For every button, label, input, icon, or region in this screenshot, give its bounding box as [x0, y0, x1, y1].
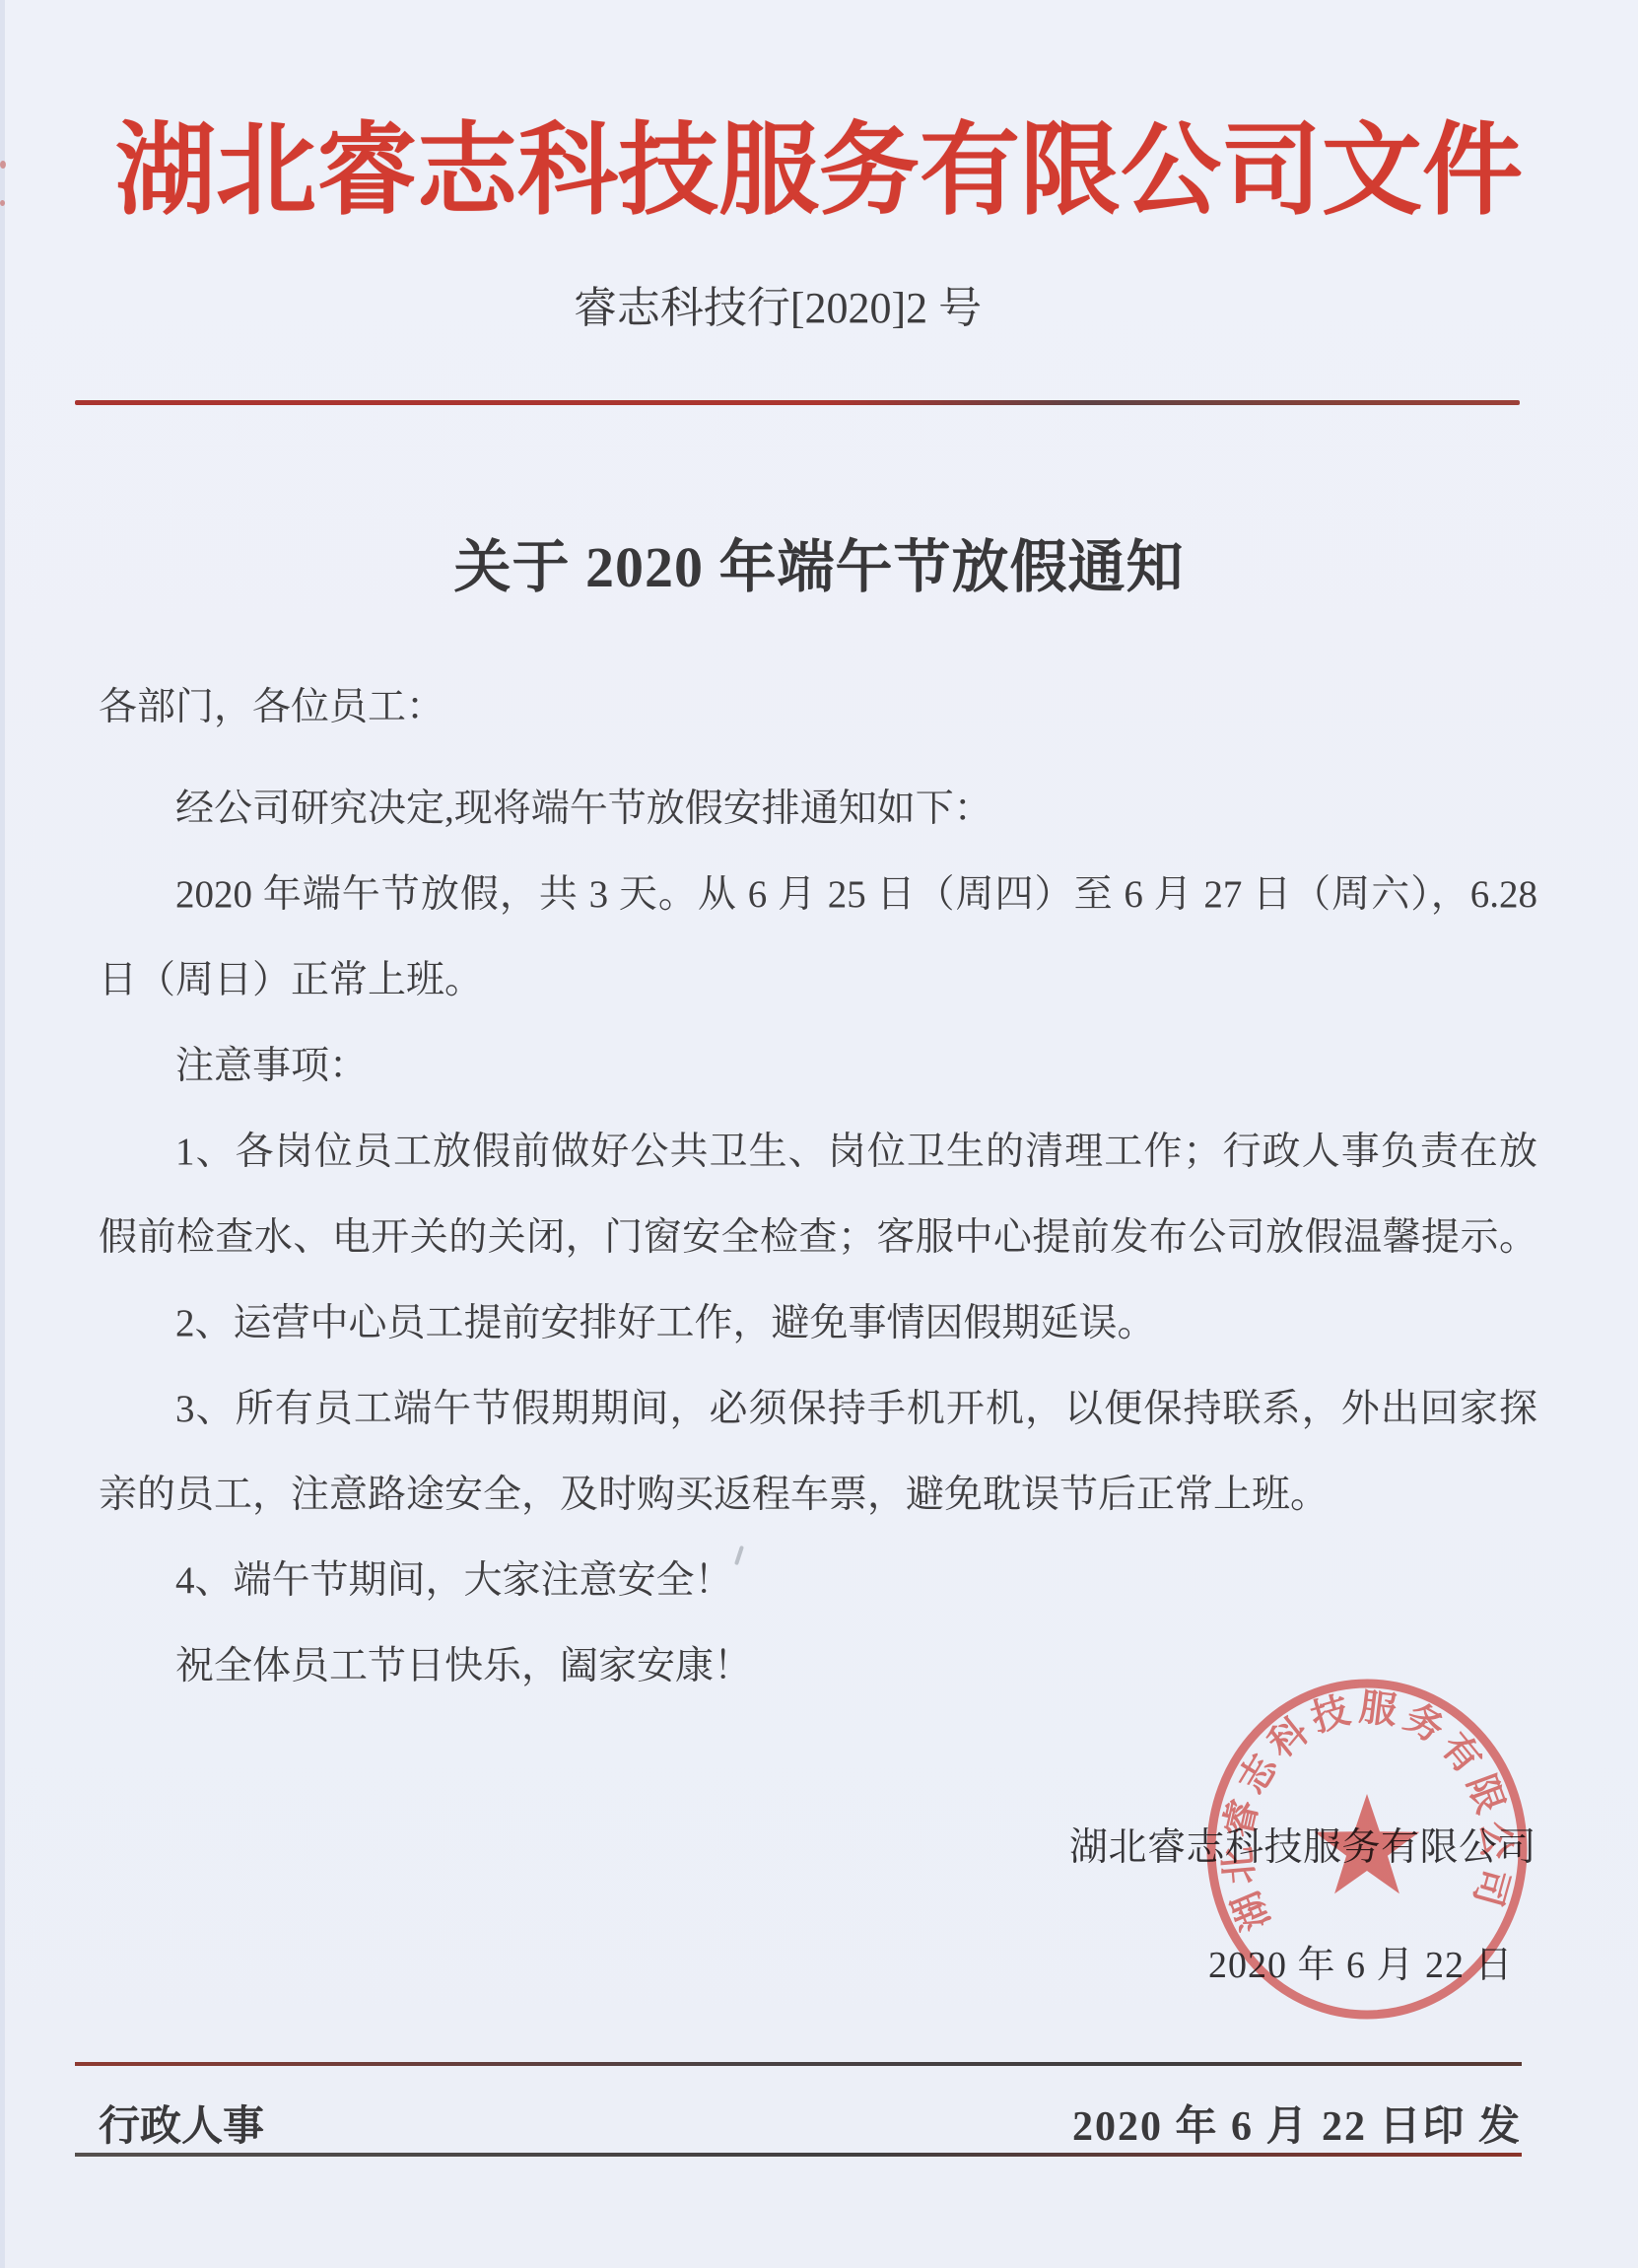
notice-title: 关于 2020 年端午节放假通知: [0, 520, 1638, 603]
body-line: 2020 年端午节放假，共 3 天。从 6 月 25 日（周四）至 6 月 27…: [99, 852, 1537, 937]
body-line-item-3: 3、所有员工端午节假期期间，必须保持手机开机，以便保持联系，外出回家探: [99, 1366, 1537, 1452]
company-letterhead-title: 湖北睿志科技服务有限公司文件: [0, 91, 1638, 235]
footer-issue-date: 2020 年 6 月 22 日印 发: [1072, 2101, 1522, 2153]
letterhead-red-rule: [75, 400, 1520, 405]
body-line-notes-heading: 注意事项：: [99, 1023, 1537, 1109]
body-line: 亲的员工，注意路途安全，及时购买返程车票，避免耽误节后正常上班。: [99, 1452, 1537, 1538]
star-icon: [1315, 1794, 1420, 1893]
body-line-item-1: 1、各岗位员工放假前做好公共卫生、岗位卫生的清理工作；行政人事负责在放: [99, 1109, 1537, 1195]
footer-row: 行政人事 2020 年 6 月 22 日印 发: [99, 2101, 1522, 2153]
document-number: 睿志科技行[2020]2 号: [0, 272, 1597, 335]
body-line-item-4: 4、端午节期间，大家注意安全！: [99, 1538, 1537, 1623]
body-line: 经公司研究决定,现将端午节放假安排通知如下：: [99, 766, 1537, 852]
notice-body: 各部门，各位员工： 经公司研究决定,现将端午节放假安排通知如下： 2020 年端…: [99, 664, 1537, 1709]
footer-rule-top: [75, 2062, 1522, 2066]
company-seal: 湖北睿志科技服务有限公司: [1201, 1676, 1533, 2023]
scan-edge-artifact: [0, 0, 5, 2268]
body-line-item-2: 2、运营中心员工提前安排好工作，避免事情因假期延误。: [99, 1280, 1537, 1366]
footer-issuer: 行政人事: [99, 2101, 264, 2153]
body-line-salutation: 各部门，各位员工：: [99, 664, 1537, 750]
footer-rule-bottom: [75, 2153, 1522, 2157]
body-line: 假前检查水、电开关的关闭，门窗安全检查；客服中心提前发布公司放假温馨提示。: [99, 1195, 1537, 1280]
body-line: 日（周日）正常上班。: [99, 937, 1537, 1023]
document-page: 湖北睿志科技服务有限公司文件 睿志科技行[2020]2 号 关于 2020 年端…: [0, 0, 1638, 2268]
